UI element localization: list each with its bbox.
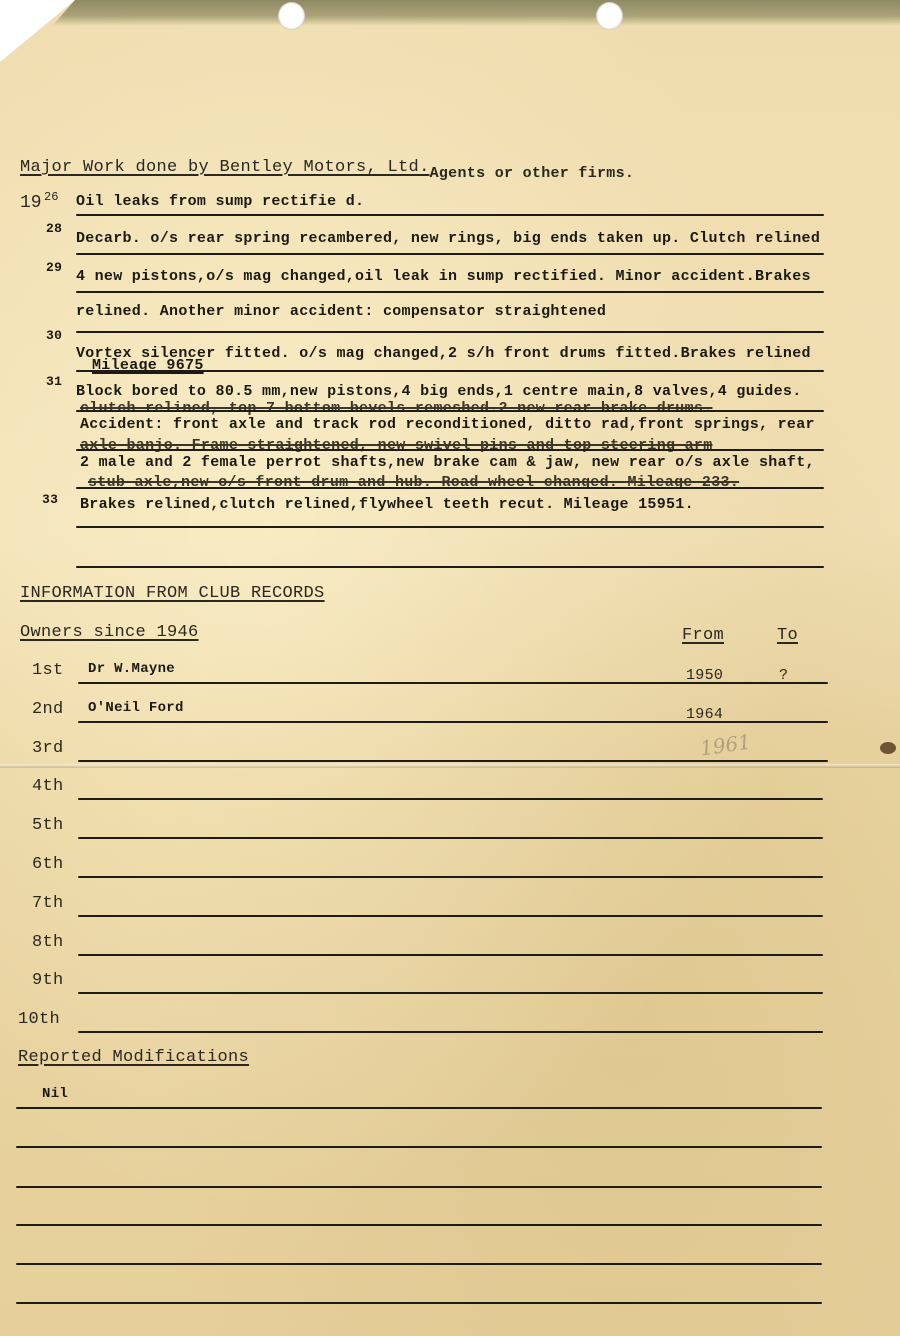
entry-line: Accident: front axle and track rod recon… <box>80 416 815 433</box>
modification-line <box>16 1302 822 1304</box>
entry-rule <box>76 449 824 451</box>
owner-line <box>78 1031 823 1033</box>
owner-line <box>78 915 823 917</box>
owner-ordinal: 5th <box>32 816 64 835</box>
owner-line <box>78 721 828 723</box>
owner-ordinal: 6th <box>32 855 64 874</box>
owner-ordinal: 1st <box>32 661 64 680</box>
club-records-heading: INFORMATION FROM CLUB RECORDS <box>20 584 325 603</box>
owner-line <box>78 760 828 762</box>
entry-year: 29 <box>46 260 62 275</box>
work-heading-left: Major Work done by Bentley Motors, Ltd. <box>20 158 430 177</box>
entry-rule <box>76 410 824 412</box>
work-heading-right: Agents or other firms. <box>430 165 635 182</box>
entry-rule <box>76 291 824 293</box>
owner-line <box>78 954 823 956</box>
page-top-edge <box>0 0 900 26</box>
entry-year: 30 <box>46 328 62 343</box>
modifications-value: Nil <box>42 1086 68 1102</box>
owner-line <box>78 798 823 800</box>
column-header-from: From <box>682 626 724 645</box>
entry-line: Brakes relined,clutch relined,flywheel t… <box>80 496 694 513</box>
owner-name: O'Neil Ford <box>88 700 184 716</box>
owner-line <box>78 682 828 684</box>
modification-line <box>16 1186 822 1188</box>
entry-rule <box>76 487 824 489</box>
entry-rule <box>76 526 824 528</box>
entry-rule <box>76 253 824 255</box>
owners-heading: Owners since 1946 <box>20 623 199 642</box>
entry-year: 31 <box>46 374 62 389</box>
owner-line <box>78 876 823 878</box>
punch-hole-left <box>278 2 305 30</box>
entry-line: 4 new pistons,o/s mag changed,oil leak i… <box>76 268 811 285</box>
owner-ordinal: 2nd <box>32 700 64 719</box>
entry-line: clutch relined, top 7 bottom bevels reme… <box>80 400 713 417</box>
owner-name: Dr W.Mayne <box>88 661 175 677</box>
owner-ordinal: 3rd <box>32 739 64 758</box>
ink-stain <box>880 742 896 754</box>
owner-ordinal: 8th <box>32 933 64 952</box>
entry-rule <box>76 214 824 216</box>
owner-ordinal: 10th <box>18 1010 60 1029</box>
work-heading: Major Work done by Bentley Motors, Ltd.A… <box>20 158 634 177</box>
paper-fold <box>0 764 900 768</box>
entry-year: 28 <box>46 221 62 236</box>
modifications-heading: Reported Modifications <box>18 1048 249 1067</box>
year-prefix: 19 <box>20 193 42 213</box>
entry-line: axle banjo. Frame straightened, new swiv… <box>80 437 713 454</box>
entry-line: Block bored to 80.5 mm,new pistons,4 big… <box>76 383 802 400</box>
entry-rule <box>76 370 824 372</box>
owner-ordinal: 9th <box>32 971 64 990</box>
owner-line <box>78 837 823 839</box>
punch-hole-right <box>596 2 623 30</box>
entry-year: 33 <box>42 492 58 507</box>
modification-line <box>16 1263 822 1265</box>
entry-rule <box>76 331 824 333</box>
entry-line: relined. Another minor accident: compens… <box>76 303 606 320</box>
modification-line <box>16 1107 822 1109</box>
entry-rule <box>76 566 824 568</box>
owner-ordinal: 4th <box>32 777 64 796</box>
modification-line <box>16 1146 822 1148</box>
entry-year: 26 <box>44 190 58 204</box>
owner-ordinal: 7th <box>32 894 64 913</box>
entry-line: Oil leaks from sump rectifie d. <box>76 193 364 210</box>
modification-line <box>16 1224 822 1226</box>
owner-line <box>78 992 823 994</box>
column-header-to: To <box>777 626 798 645</box>
entry-line: 2 male and 2 female perrot shafts,new br… <box>80 454 815 471</box>
entry-line: Decarb. o/s rear spring recambered, new … <box>76 230 820 247</box>
